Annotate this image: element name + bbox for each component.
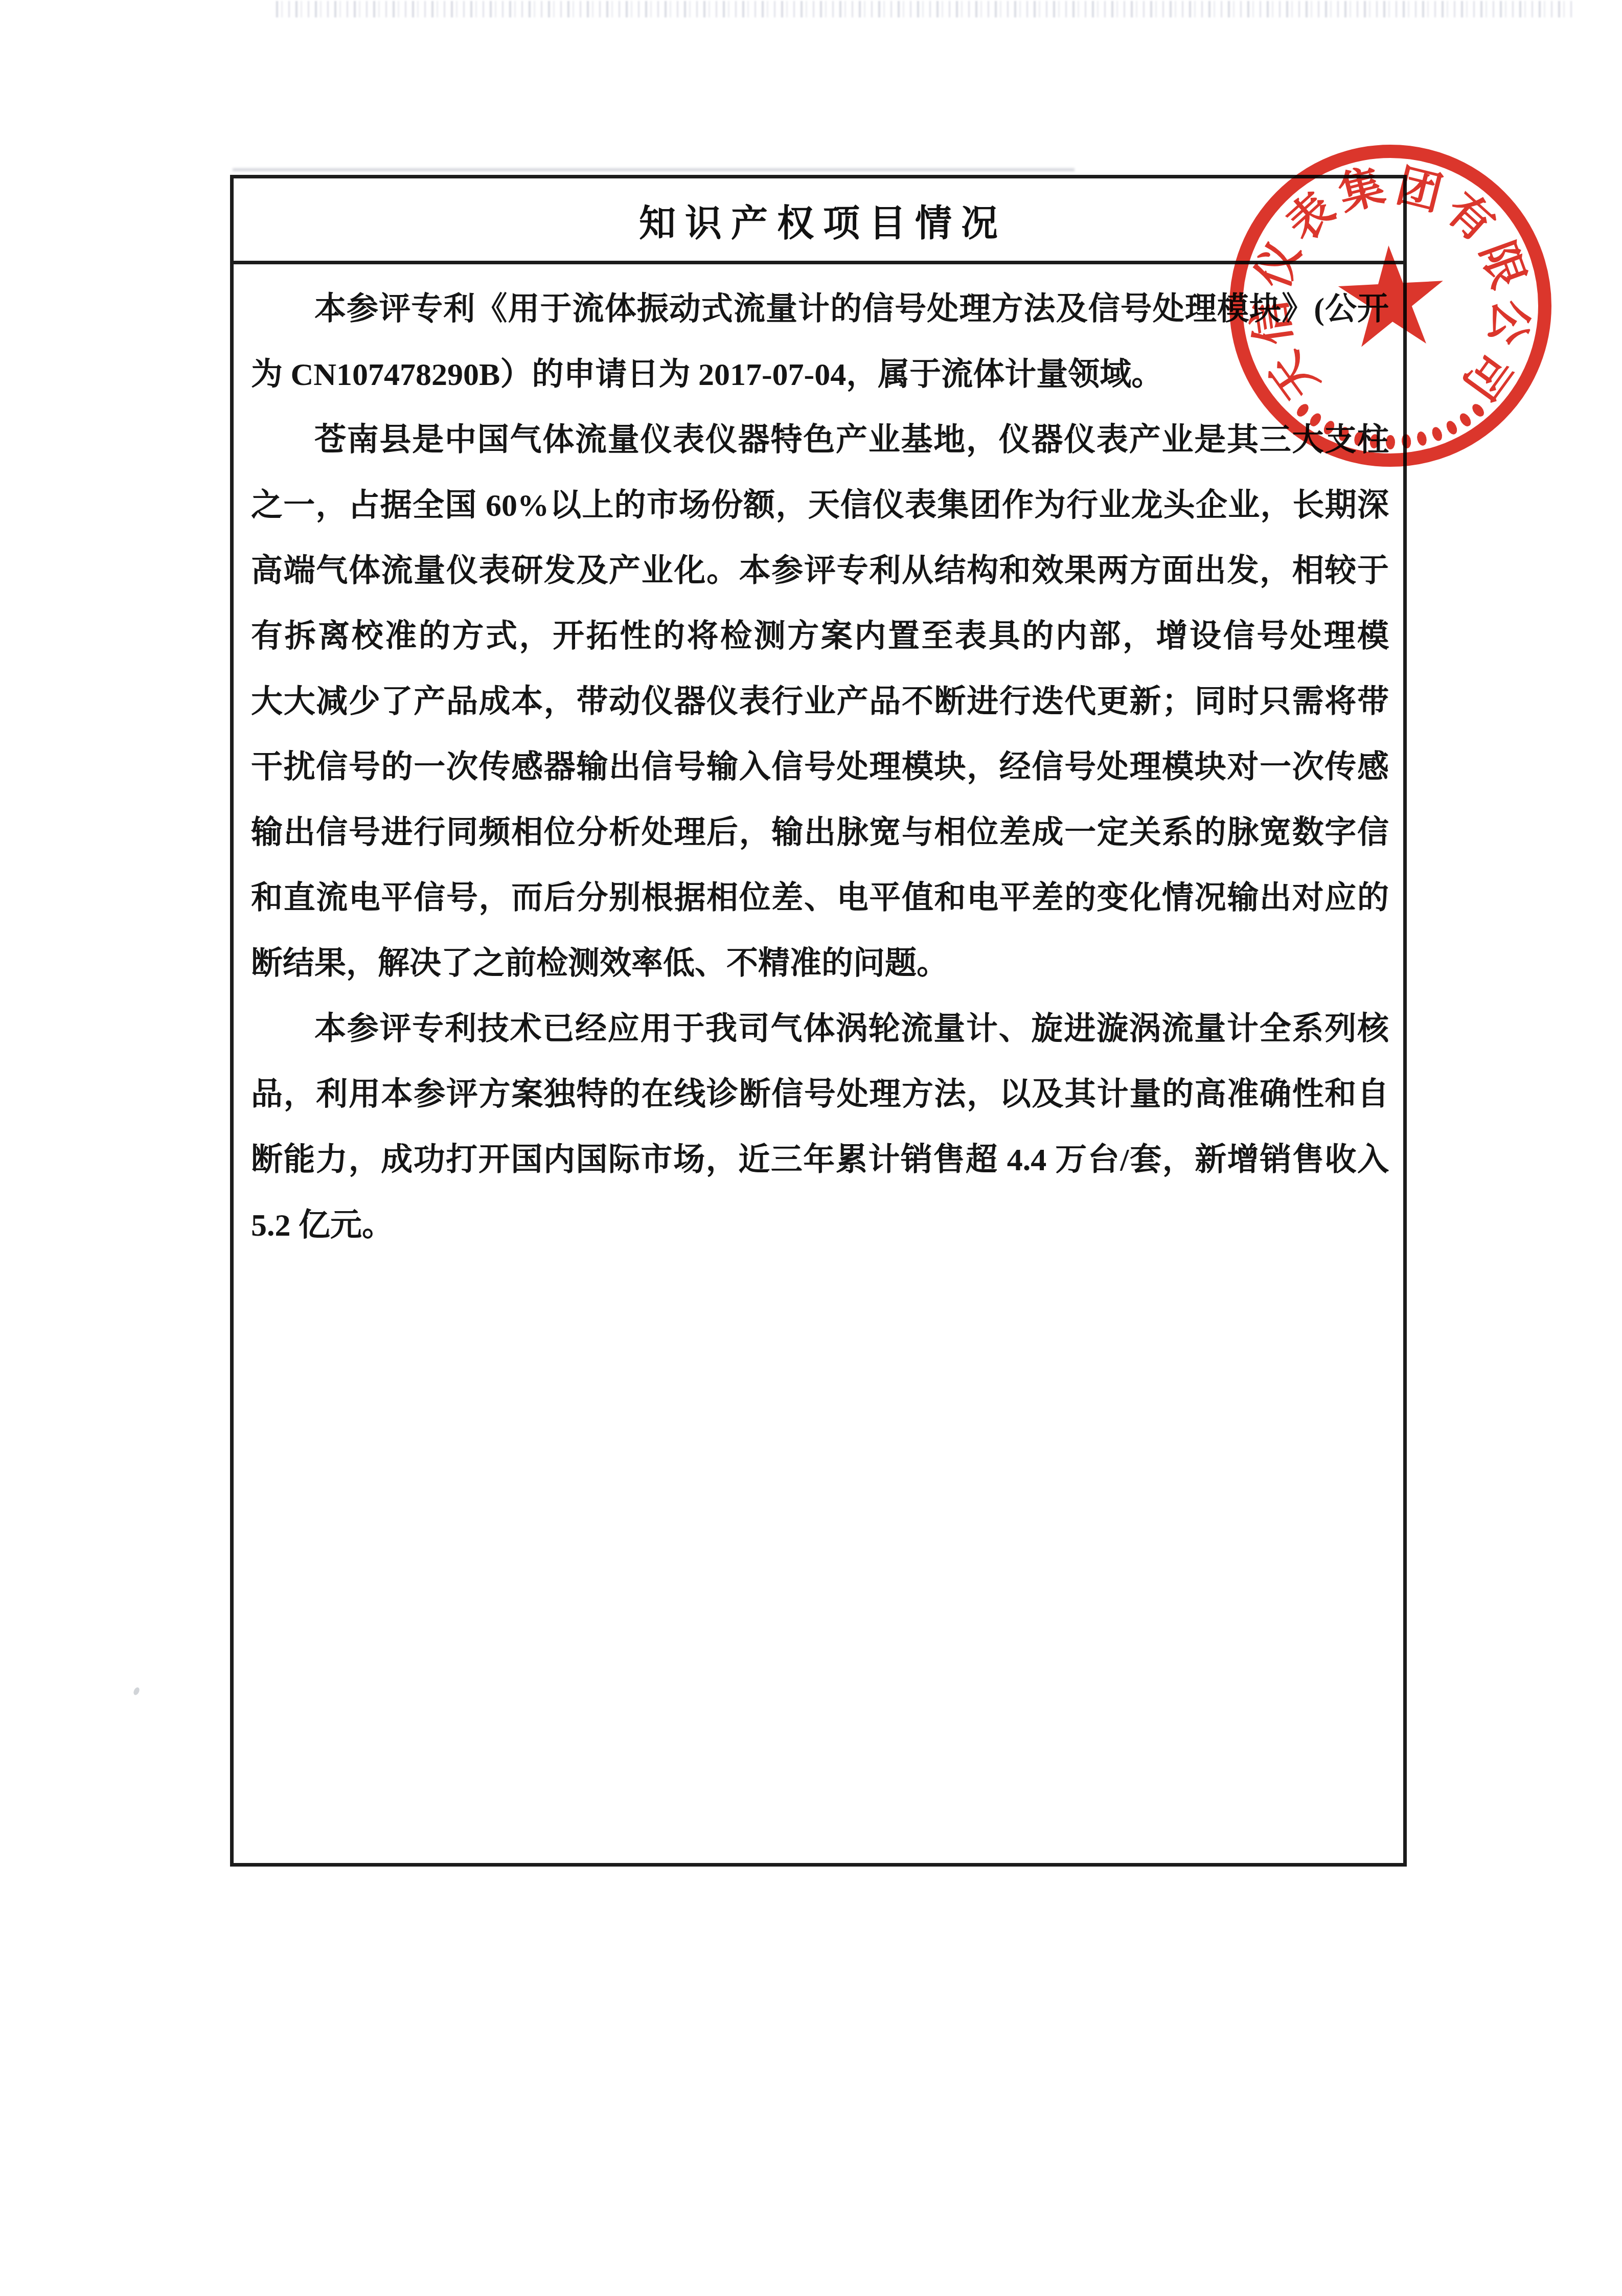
stamp-dot (1337, 426, 1350, 442)
stamp-dot (1369, 434, 1380, 449)
stamp-dot (1386, 435, 1395, 449)
scan-noise-artifact (276, 1, 1574, 17)
star-icon (1336, 243, 1446, 348)
stamp-company-char: 信 (1245, 297, 1300, 348)
page-title: 知识产权项目情况 (630, 193, 1007, 246)
stamp-dot (1353, 430, 1365, 446)
text-line: 为 CN107478290B）的申请日为 2017-07-04，属于流体计量领域… (251, 342, 1389, 407)
stamp-dot (1401, 434, 1412, 449)
text-line: 断能力，成功打开国内国际市场，近三年累计销售超 4.4 万台/套，新增销售收入超 (251, 1127, 1389, 1193)
scan-speck-artifact (132, 1687, 141, 1696)
stamp-dot (1470, 402, 1487, 419)
text-line: 干扰信号的一次传感器输出信号输入信号处理模块，经信号处理模块对一次传感器 (251, 735, 1389, 800)
text-line: 有拆离校准的方式，开拓性的将检测方案内置至表具的内部，增设信号处理模块， (251, 604, 1389, 669)
text-line: 本参评专利《用于流体振动式流量计的信号处理方法及信号处理模块》(公开号 (251, 277, 1389, 342)
stamp-dot (1415, 430, 1428, 446)
text-line: 断结果，解决了之前检测效率低、不精准的问题。 (251, 931, 1389, 996)
text-line: 大大减少了产品成本，带动仪器仪表行业产品不断进行迭代更新；同时只需将带有 (251, 669, 1389, 735)
stamp-dot (1445, 419, 1459, 436)
text-line: 品，利用本参评方案独特的在线诊断信号处理方法，以及其计量的高准确性和自诊 (251, 1062, 1389, 1127)
scanned-document-page: 知识产权项目情况 本参评专利《用于流体振动式流量计的信号处理方法及信号处理模块》… (0, 0, 1622, 2296)
stamp-dot (1322, 419, 1337, 436)
stamp-company-char: 团 (1391, 161, 1447, 220)
text-line: 之一，占据全国 60%以上的市场份额，天信仪表集团作为行业龙头企业，长期深耕 (251, 473, 1389, 538)
stamp-company-char: 限 (1471, 236, 1533, 295)
text-line: 苍南县是中国气体流量仪表仪器特色产业基地，仪器仪表产业是其三大支柱产业 (251, 407, 1389, 473)
text-line: 5.2 亿元。 (251, 1193, 1389, 1258)
stamp-dot (1294, 402, 1311, 419)
stamp-dot (1430, 426, 1444, 442)
text-line: 输出信号进行同频相位分析处理后，输出脉宽与相位差成一定关系的脉宽数字信号 (251, 800, 1389, 866)
company-stamp: 天信仪表集团有限公司 (1221, 136, 1560, 475)
stamp-company-char: 集 (1334, 161, 1389, 220)
text-line: 和直流电平信号，而后分别根据相位差、电平值和电平差的变化情况输出对应的诊 (251, 866, 1389, 931)
stamp-dot (1457, 412, 1473, 428)
text-line: 本参评专利技术已经应用于我司气体涡轮流量计、旋进漩涡流量计全系列核心产 (251, 996, 1389, 1062)
stamp-company-char: 公 (1480, 297, 1536, 348)
text-line: 高端气体流量仪表研发及产业化。本参评专利从结构和效果两方面出发，相较于现 (251, 538, 1389, 604)
stamp-company-char: 仪 (1248, 236, 1310, 295)
stamp-dot (1308, 412, 1323, 428)
